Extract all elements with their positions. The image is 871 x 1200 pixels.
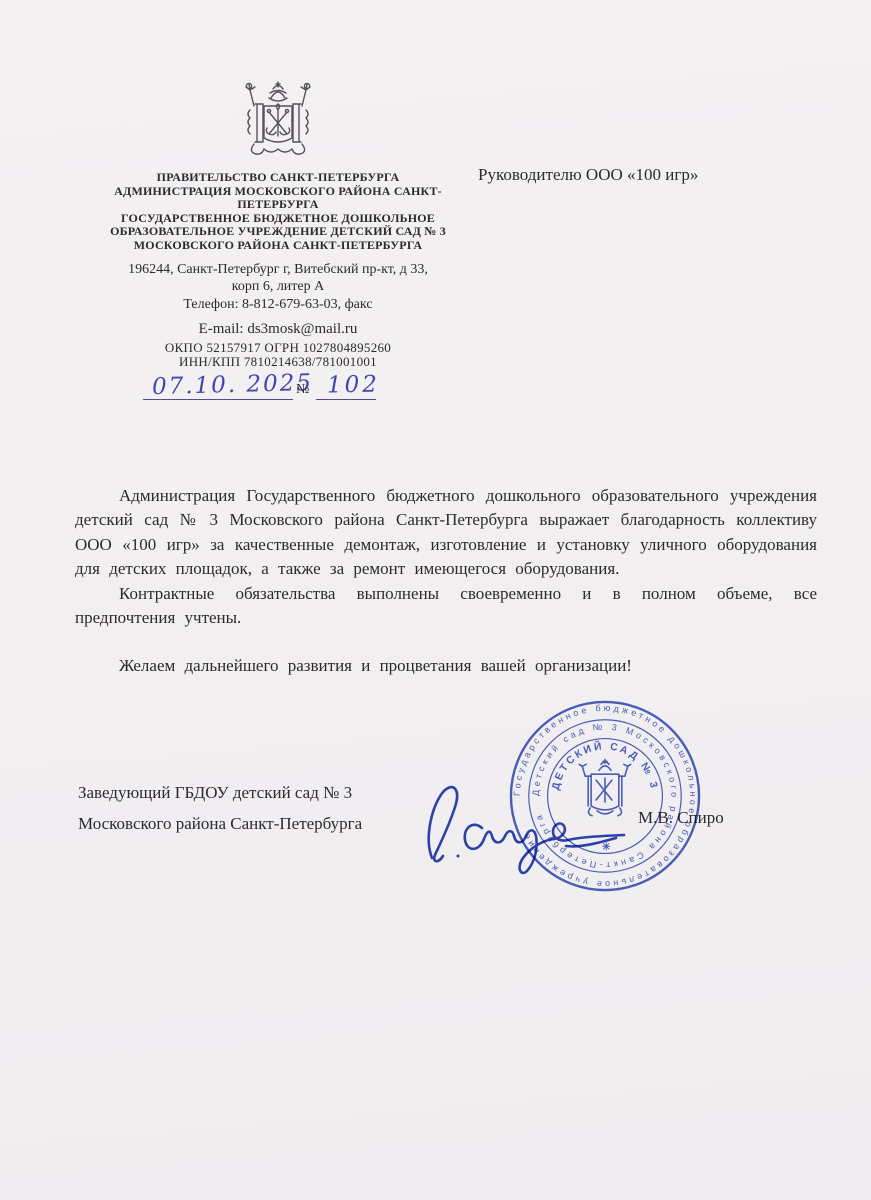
scanned-letter-page: ПРАВИТЕЛЬСТВО САНКТ-ПЕТЕРБУРГА АДМИНИСТР… (0, 0, 871, 1200)
letterhead-org-line: ГОСУДАРСТВЕННОЕ БЮДЖЕТНОЕ ДОШКОЛЬНОЕ (95, 212, 461, 226)
body-paragraph-1: Администрация Государственного бюджетног… (75, 484, 817, 582)
letterhead-org-line: АДМИНИСТРАЦИЯ МОСКОВСКОГО РАЙОНА САНКТ- (95, 185, 461, 199)
inn-kpp-line: ИНН/КПП 7810214638/781001001 (95, 354, 461, 370)
signer-position-line: Московского района Санкт-Петербурга (78, 808, 362, 839)
body-paragraph-2: Контрактные обязательства выполнены свое… (75, 582, 817, 631)
letterhead-org-line: ПРАВИТЕЛЬСТВО САНКТ-ПЕТЕРБУРГА (95, 171, 461, 185)
letter-body: Администрация Государственного бюджетног… (75, 484, 817, 679)
address-line: корп 6, литер А (95, 278, 461, 295)
body-paragraph-3: Желаем дальнейшего развития и процветани… (75, 654, 817, 678)
handwritten-date: 07.10. 2025 (152, 370, 314, 400)
handwritten-signature (416, 776, 631, 881)
address-line: 196244, Санкт-Петербург г, Витебский пр-… (95, 261, 461, 278)
phone-line: Телефон: 8-812-679-63-03, факс (95, 296, 461, 313)
coat-of-arms-icon (224, 76, 332, 170)
letterhead-address: 196244, Санкт-Петербург г, Витебский пр-… (95, 261, 461, 313)
signer-position-line: Заведующий ГБДОУ детский сад № 3 (78, 777, 362, 808)
letterhead-organisation: ПРАВИТЕЛЬСТВО САНКТ-ПЕТЕРБУРГА АДМИНИСТР… (95, 171, 461, 253)
recipient-line: Руководителю ООО «100 игр» (478, 165, 698, 185)
email-line: E-mail: ds3mosk@mail.ru (95, 321, 461, 338)
number-underline (316, 399, 376, 400)
signer-position: Заведующий ГБДОУ детский сад № 3 Московс… (78, 777, 362, 839)
handwritten-number: 102 (327, 372, 380, 399)
letterhead-org-line: ОБРАЗОВАТЕЛЬНОЕ УЧРЕЖДЕНИЕ ДЕТСКИЙ САД №… (95, 225, 461, 239)
letterhead-org-line: ПЕТЕРБУРГА (95, 198, 461, 212)
number-sign: № (296, 382, 309, 398)
letterhead-org-line: МОСКОВСКОГО РАЙОНА САНКТ-ПЕТЕРБУРГА (95, 239, 461, 253)
date-underline (143, 399, 293, 400)
